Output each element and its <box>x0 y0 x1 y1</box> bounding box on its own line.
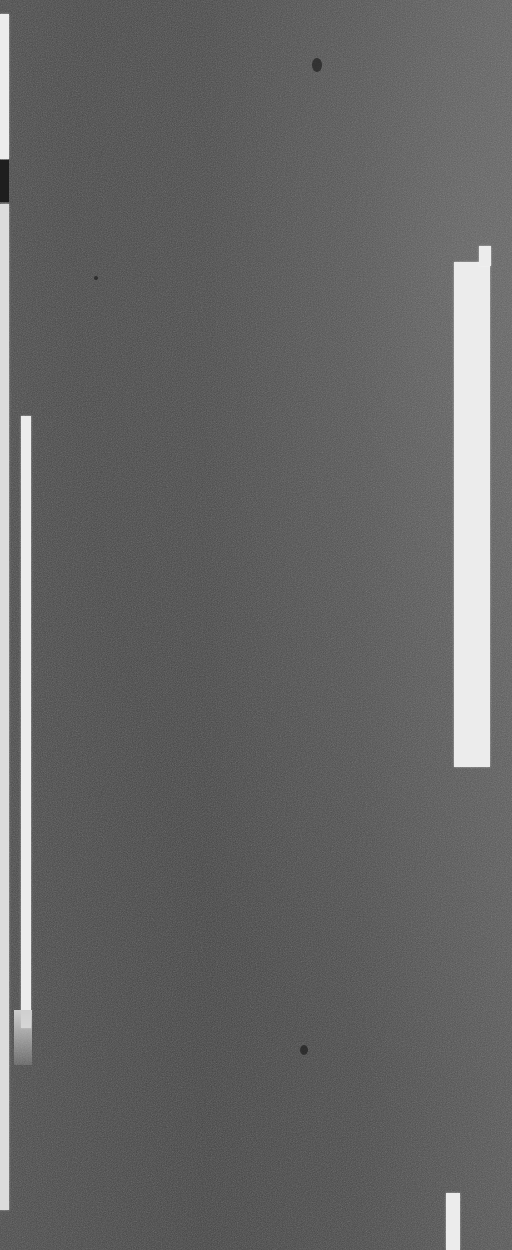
right-lane-dash <box>454 262 490 767</box>
asphalt-texture <box>0 0 512 1250</box>
road-surface <box>0 0 512 1250</box>
left-inner-line <box>21 416 31 1028</box>
left-edge-line-top <box>0 14 9 159</box>
right-lane-dash-bottom <box>446 1193 460 1250</box>
pavement-stain <box>312 58 322 72</box>
pavement-stain <box>94 276 98 280</box>
left-edge-line <box>0 204 9 1210</box>
left-inner-line-worn-end <box>14 1010 32 1065</box>
pavement-stain <box>300 1045 308 1055</box>
edge-line-gap <box>0 160 9 202</box>
right-lane-dash-notch <box>479 246 491 266</box>
